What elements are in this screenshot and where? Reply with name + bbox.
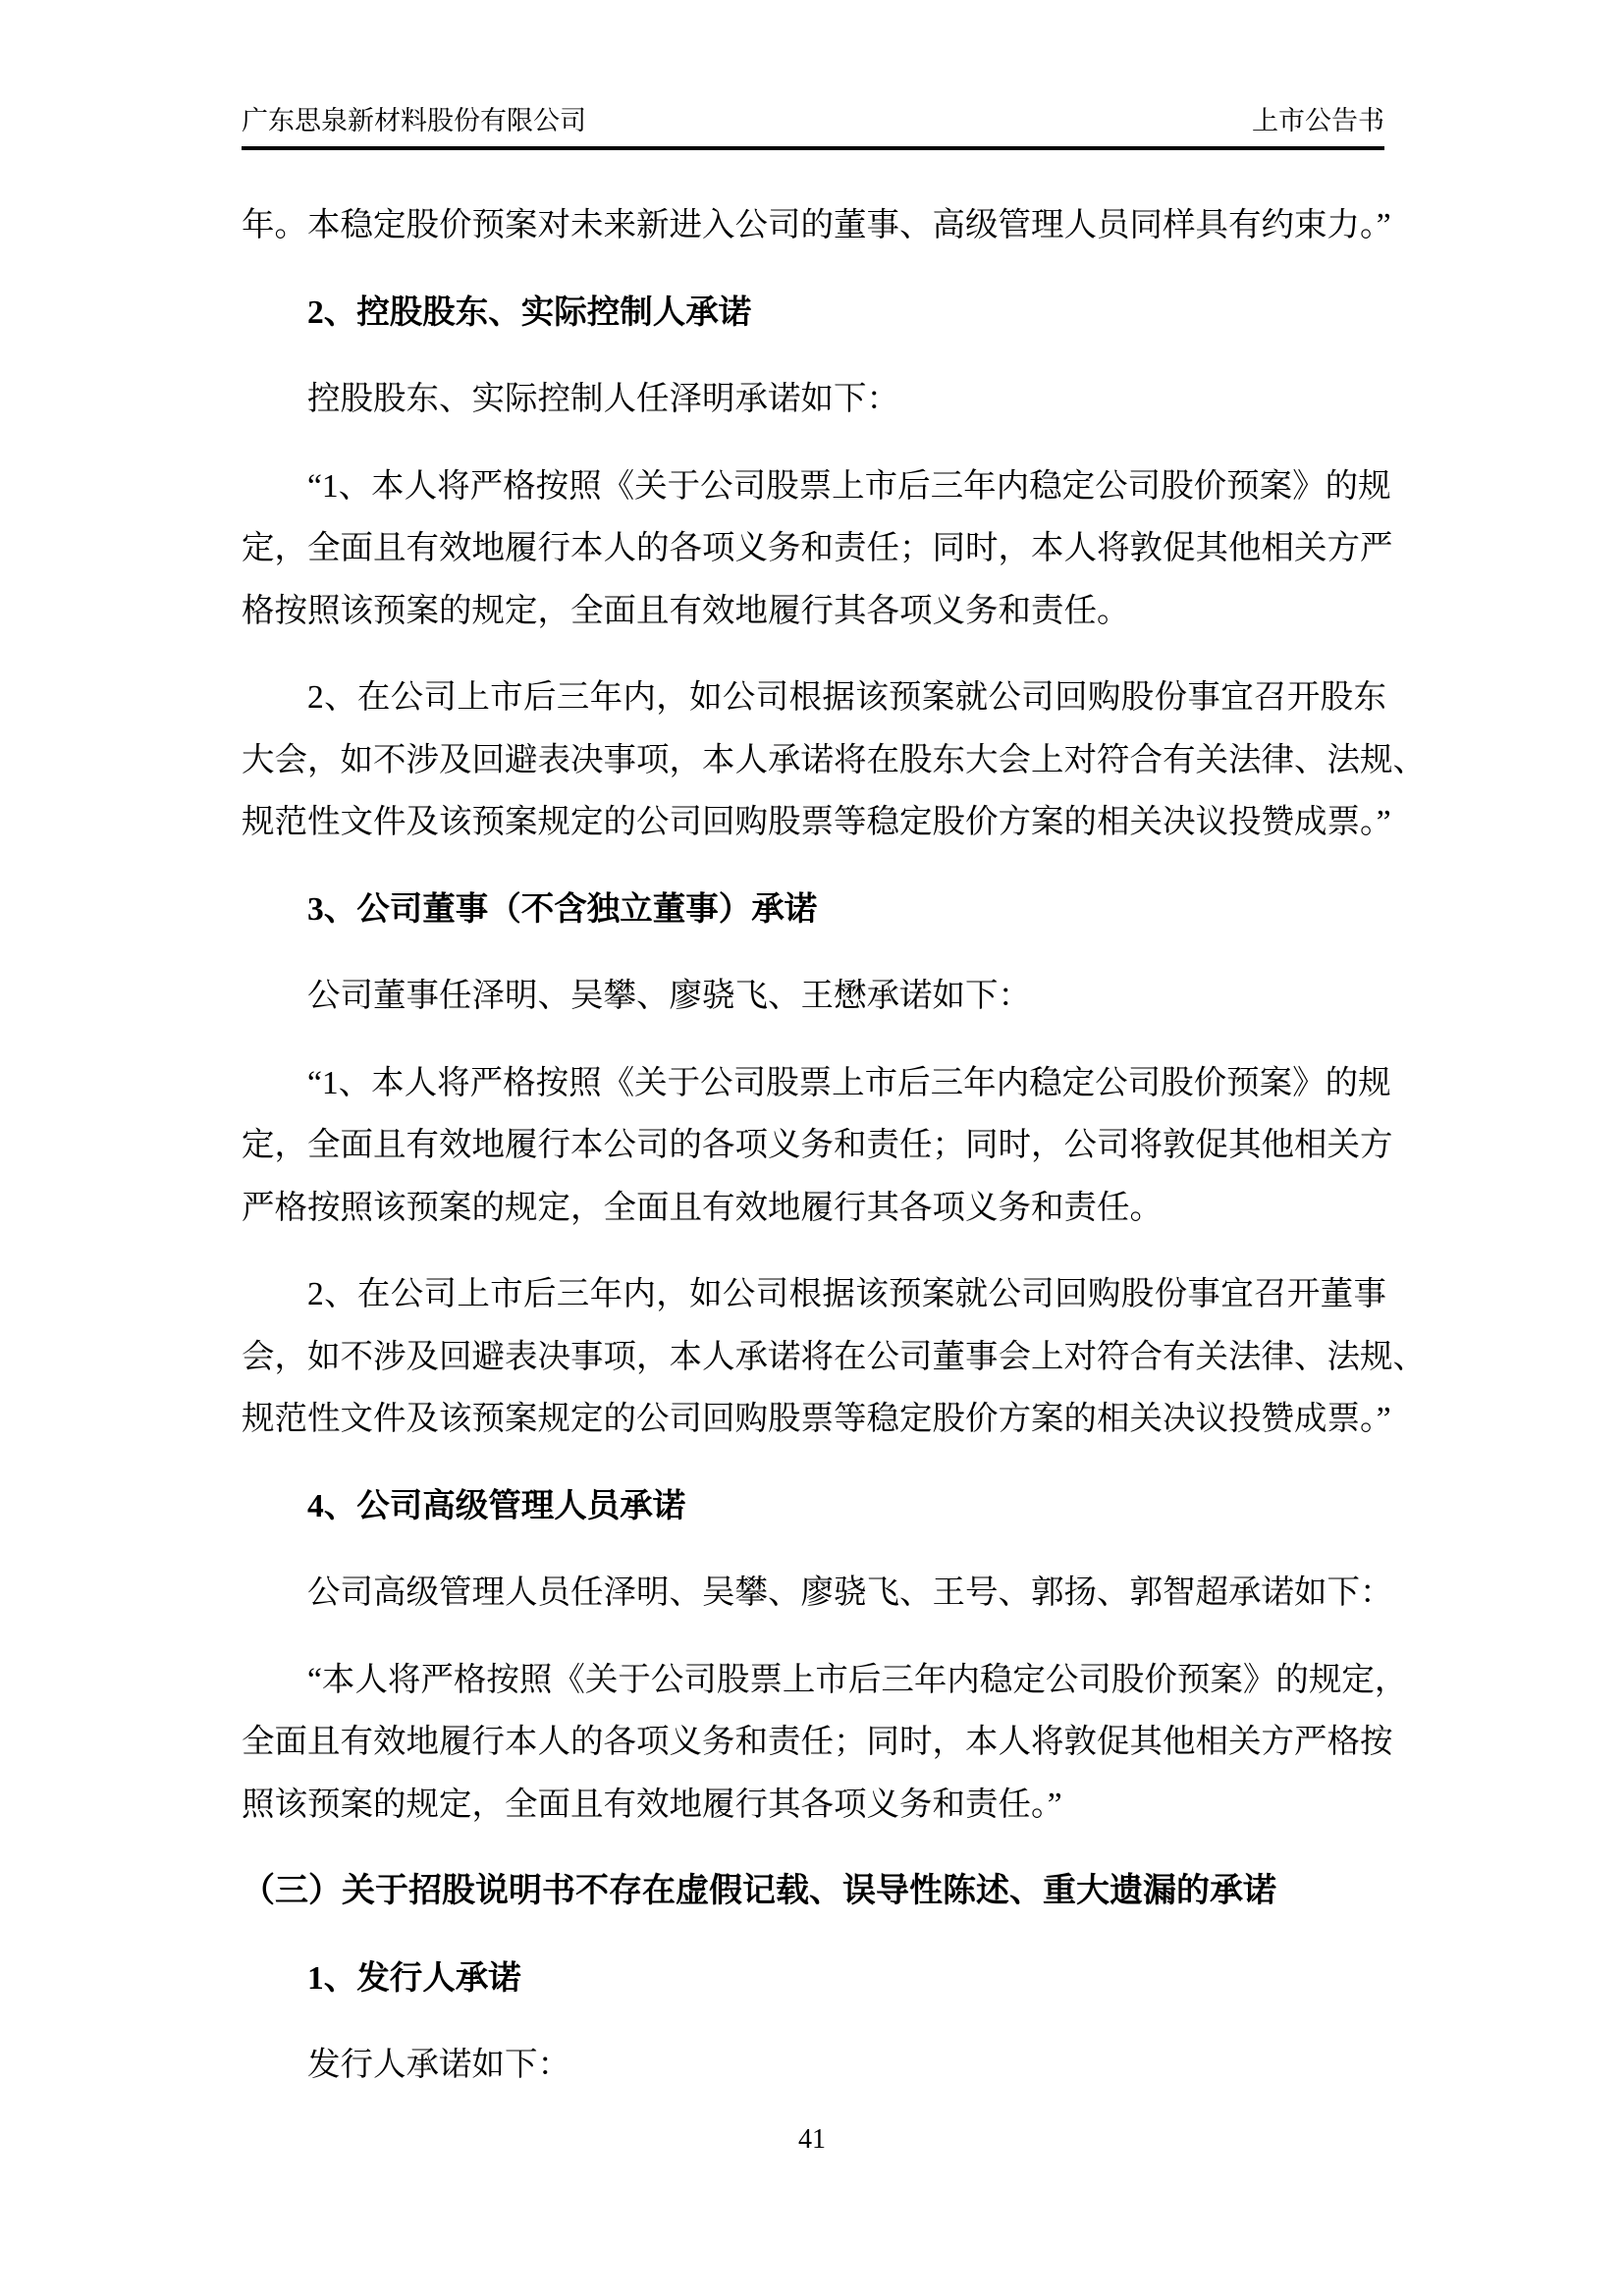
header-doc-title: 上市公告书 (1252, 104, 1384, 137)
paragraph-line: 全面且有效地履行本人的各项义务和责任；同时，本人将敦促其他相关方严格按 (242, 1711, 1386, 1774)
paragraph-line: 大会，如不涉及回避表决事项，本人承诺将在股东大会上对符合有关法律、法规、 (242, 729, 1386, 792)
document-page: 广东思泉新材料股份有限公司 上市公告书 年。本稳定股价预案对未来新进入公司的董事… (0, 0, 1624, 2296)
section-heading: 4、公司高级管理人员承诺 (242, 1475, 1386, 1538)
paragraph-line: 规范性文件及该预案规定的公司回购股票等稳定股价方案的相关决议投赞成票。” (242, 1388, 1386, 1451)
header-company-name: 广东思泉新材料股份有限公司 (242, 104, 586, 137)
page-number: 41 (0, 2120, 1624, 2160)
document-body: 年。本稳定股价预案对未来新进入公司的董事、高级管理人员同样具有约束力。” 2、控… (242, 194, 1386, 2097)
paragraph-line: 公司高级管理人员任泽明、吴攀、廖骁飞、王号、郭扬、郭智超承诺如下： (242, 1562, 1386, 1625)
paragraph-line: “1、本人将严格按照《关于公司股票上市后三年内稳定公司股价预案》的规 (242, 1052, 1386, 1115)
paragraph-line: 规范性文件及该预案规定的公司回购股票等稳定股价方案的相关决议投赞成票。” (242, 791, 1386, 854)
paragraph-line: 发行人承诺如下： (242, 2034, 1386, 2097)
page-header: 广东思泉新材料股份有限公司 上市公告书 (242, 104, 1384, 150)
paragraph-line: 2、在公司上市后三年内，如公司根据该预案就公司回购股份事宜召开股东 (242, 667, 1386, 729)
paragraph-line: “本人将严格按照《关于公司股票上市后三年内稳定公司股价预案》的规定， (242, 1649, 1386, 1712)
paragraph-line: 年。本稳定股价预案对未来新进入公司的董事、高级管理人员同样具有约束力。” (242, 194, 1386, 257)
paragraph-line: 严格按照该预案的规定，全面且有效地履行其各项义务和责任。 (242, 1177, 1386, 1240)
section-heading: 3、公司董事（不含独立董事）承诺 (242, 879, 1386, 941)
paragraph-line: 定，全面且有效地履行本公司的各项义务和责任；同时，公司将敦促其他相关方 (242, 1114, 1386, 1177)
paragraph-line: 照该预案的规定，全面且有效地履行其各项义务和责任。” (242, 1774, 1386, 1837)
subsection-heading: 1、发行人承诺 (242, 1948, 1386, 2010)
paragraph-line: 控股股东、实际控制人任泽明承诺如下： (242, 368, 1386, 431)
section-heading: （三）关于招股说明书不存在虚假记载、误导性陈述、重大遗漏的承诺 (242, 1860, 1386, 1923)
paragraph-line: 2、在公司上市后三年内，如公司根据该预案就公司回购股份事宜召开董事 (242, 1263, 1386, 1326)
paragraph-line: 公司董事任泽明、吴攀、廖骁飞、王懋承诺如下： (242, 965, 1386, 1028)
paragraph-line: 格按照该预案的规定，全面且有效地履行其各项义务和责任。 (242, 580, 1386, 643)
paragraph-line: 会，如不涉及回避表决事项，本人承诺将在公司董事会上对符合有关法律、法规、 (242, 1326, 1386, 1389)
paragraph-line: 定，全面且有效地履行本人的各项义务和责任；同时，本人将敦促其他相关方严 (242, 517, 1386, 580)
paragraph-line: “1、本人将严格按照《关于公司股票上市后三年内稳定公司股价预案》的规 (242, 455, 1386, 518)
section-heading: 2、控股股东、实际控制人承诺 (242, 282, 1386, 345)
